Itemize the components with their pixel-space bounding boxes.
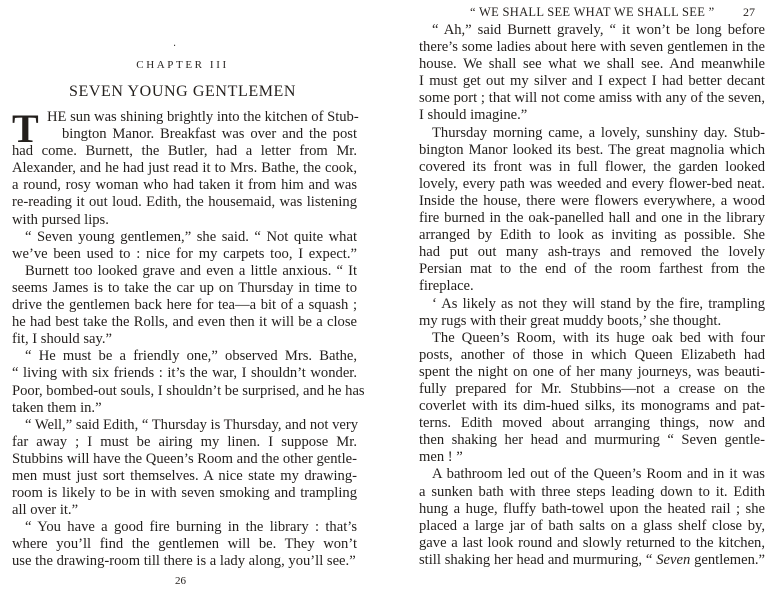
text-line: still shaking her head and murmuring, “ … [419, 552, 765, 569]
text-line: Thursday morning came, a lovely, sunshin… [419, 125, 765, 142]
text-line: a sunken bath with three steps leading d… [419, 484, 765, 501]
text-line: coverlet with its dim-hued silks, its mo… [419, 398, 765, 415]
text-line: fit, I should say.” [12, 331, 357, 348]
page-number: 26 [175, 574, 186, 588]
text-line: re-reading it out loud. Edith, the house… [12, 194, 357, 211]
page-number: 27 [743, 4, 755, 20]
running-head: “ WE SHALL SEE WHAT WE SHALL SEE ” 27 [388, 4, 776, 20]
text-line: room is likely to be in with seven smoki… [12, 485, 357, 502]
text-line: drive the gentlemen back here for tea—a … [12, 297, 357, 314]
text-segment: still shaking her head and murmuring, “ [419, 552, 656, 568]
text-line: “ He must be a friendly one,” observed M… [12, 348, 357, 365]
text-line: HE sun was shining brightly into the kit… [12, 109, 357, 126]
text-line: a round, rosy woman who had taken it fro… [12, 177, 357, 194]
text-line: terns. Edith moved about arranging thing… [419, 415, 765, 432]
text-line: covered its front was in full flower, th… [419, 159, 765, 176]
text-line: ‘ As likely as not they will stand by th… [419, 296, 765, 313]
text-line: gave a last look round and slowly return… [419, 535, 765, 552]
running-head-title: “ WE SHALL SEE WHAT WE SHALL SEE ” [470, 4, 714, 20]
chapter-title: SEVEN YOUNG GENTLEMEN [0, 82, 365, 102]
text-line: he had best take the Rolls, and even the… [12, 314, 357, 331]
text-line: “ living with six friends : it’s the war… [12, 365, 357, 382]
text-line: Stubbins will have the Queen’s Room and … [12, 451, 357, 468]
text-line: men ! ” [419, 449, 765, 466]
text-line: spent the night on one of her many journ… [419, 364, 765, 381]
text-line: “ Well,” said Edith, “ Thursday is Thurs… [12, 417, 357, 434]
text-line: hung a huge, fluffy bath-towel upon the … [419, 501, 765, 518]
text-line: with pursed lips. [12, 212, 357, 229]
text-line: bington Manor. Breakfast was over and th… [12, 126, 357, 143]
text-line: Persian mat to the end of the room farth… [419, 261, 765, 278]
text-line: I should imagine.” [419, 107, 765, 124]
text-line: The Queen’s Room, with its huge oak bed … [419, 330, 765, 347]
text-line: my rugs with their great muddy boots,’ s… [419, 313, 765, 330]
text-line: fire burned in the oak-panelled hall and… [419, 210, 765, 227]
text-line: “ You have a good fire burning in the li… [12, 519, 357, 536]
text-line: use the drawing-room till there is a lad… [12, 553, 357, 570]
text-segment: gentlemen.” [690, 552, 765, 568]
text-line: men must just sort themselves. A nice st… [12, 468, 357, 485]
text-line: we’ve been used to : nice for my carpets… [12, 246, 357, 263]
text-line: fireplace. [419, 278, 765, 295]
text-line: placed a large jar of bath salts on a gl… [419, 518, 765, 535]
text-line: seems James is to take the car up on Thu… [12, 280, 357, 297]
text-line: house. We shall see what we shall see. A… [419, 56, 765, 73]
text-line: far away ; I must be airing my linen. I … [12, 434, 357, 451]
text-line: arranged by Edith to look as inviting as… [419, 227, 765, 244]
text-line: fully prepared for Mr. Stubbins—not a cr… [419, 381, 765, 398]
text-line: Burnett too looked grave and even a litt… [12, 263, 357, 280]
text-line: “ Seven young gentlemen,” she said. “ No… [12, 229, 357, 246]
text-line: all over it.” [12, 502, 357, 519]
ornament-mark: ‧ [173, 42, 176, 52]
text-line: there’s some ladies about here with seve… [419, 39, 765, 56]
text-line: had come. Burnett, the Butler, had a let… [12, 143, 357, 160]
left-page: ‧ CHAPTER III SEVEN YOUNG GENTLEMEN T HE… [0, 0, 388, 589]
text-line: then shaking her head and murmuring “ Se… [419, 432, 765, 449]
text-line: where you’ll find the gentlemen will be.… [12, 536, 357, 553]
text-line: bington Manor looked its best. The great… [419, 142, 765, 159]
right-page: “ WE SHALL SEE WHAT WE SHALL SEE ” 27 “ … [388, 0, 776, 589]
right-page-body: “ Ah,” said Burnett gravely, “ it won’t … [419, 22, 765, 569]
text-line: Inside the house, there were flowers eve… [419, 193, 765, 210]
text-line: A bathroom led out of the Queen’s Room a… [419, 466, 765, 483]
chapter-label: CHAPTER III [0, 58, 365, 72]
text-line: “ Ah,” said Burnett gravely, “ it won’t … [419, 22, 765, 39]
text-line: taken them in.” [12, 400, 357, 417]
emphasis-seven: Seven [656, 552, 690, 568]
text-line: Poor, bombed-out souls, I shouldn’t be s… [12, 383, 357, 400]
text-line: had put out many ash-trays and removed t… [419, 244, 765, 261]
left-page-body: HE sun was shining brightly into the kit… [12, 109, 357, 571]
text-line: lovely, every path was weeded and every … [419, 176, 765, 193]
text-line: some port ; that will not come amiss wit… [419, 90, 765, 107]
text-line: I must get out my silver and I expect I … [419, 73, 765, 90]
text-line: Alexander, and he had just read it to Mr… [12, 160, 357, 177]
text-line: posts, another of those in which Queen E… [419, 347, 765, 364]
